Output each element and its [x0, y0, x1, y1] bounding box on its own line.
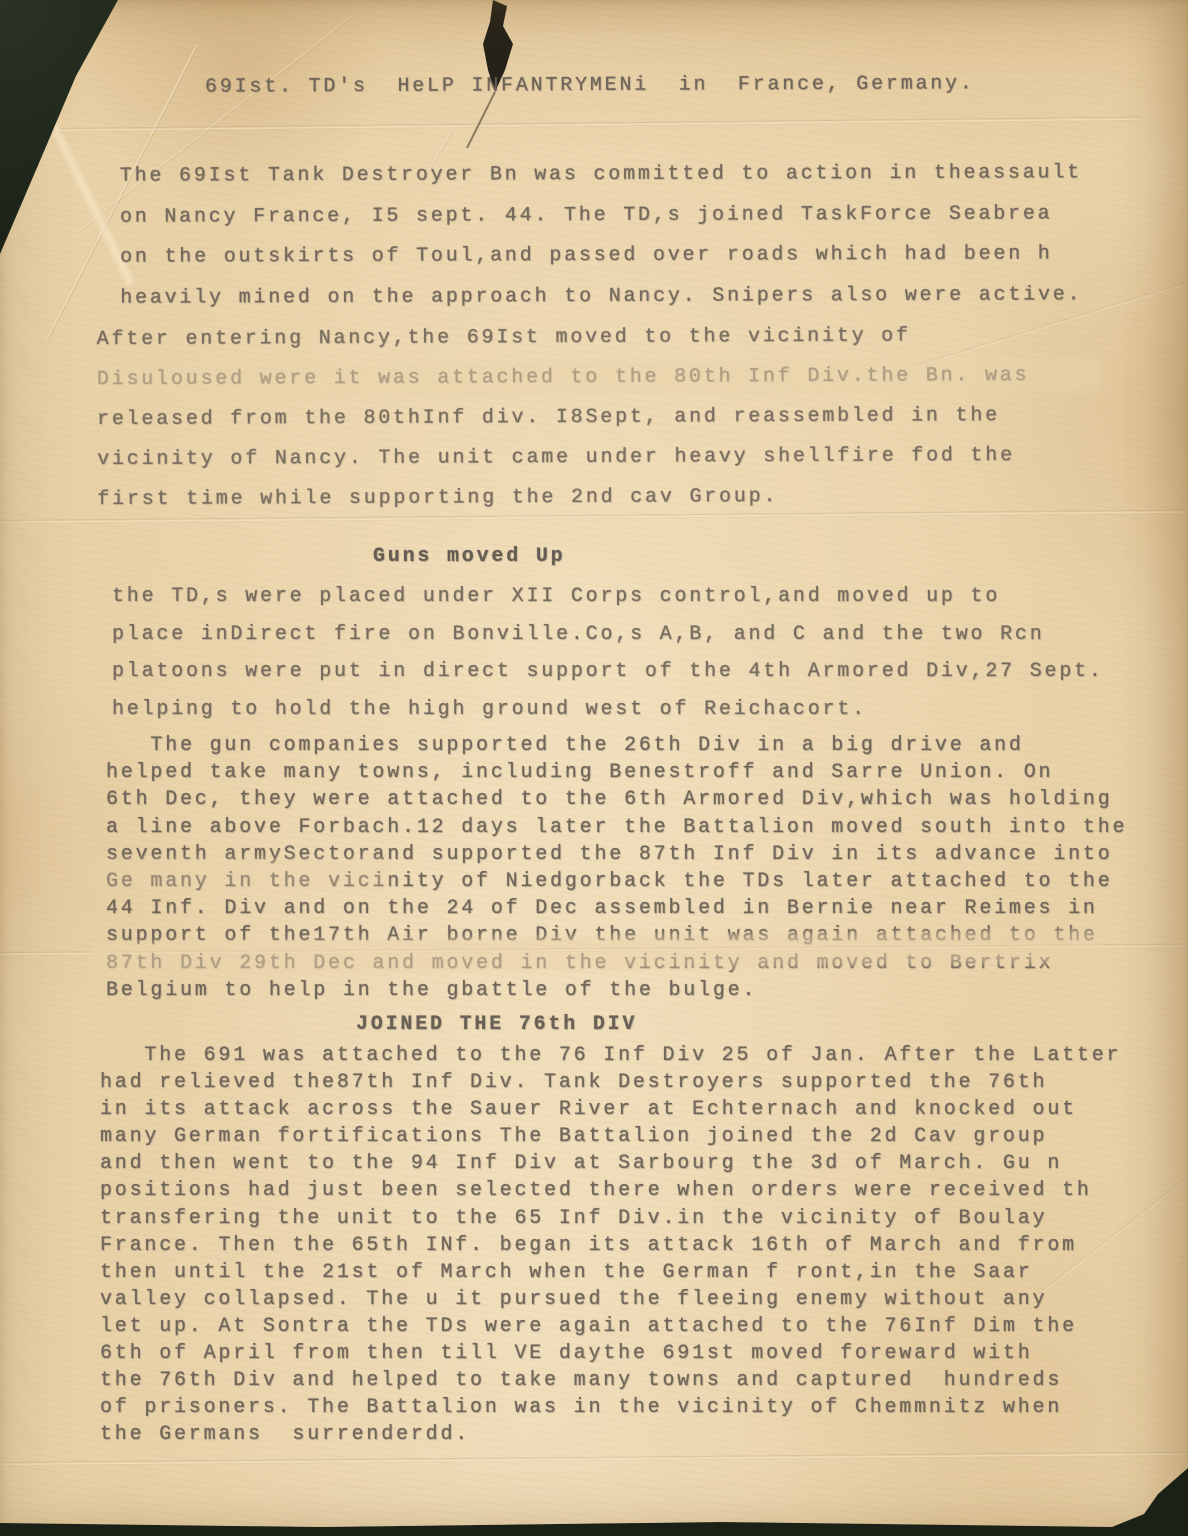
paragraph-committed-to-action: The 69Ist Tank Destroyer Bn was committe…: [120, 153, 1083, 318]
scan-background: 69Ist. TD's HeLP INFANTRYMENi in France,…: [0, 0, 1188, 1536]
paragraph-gun-companies: The gun companies supported the 26th Div…: [106, 732, 1127, 1004]
crease-line: [0, 1452, 1188, 1466]
document-page: 69Ist. TD's HeLP INFANTRYMENi in France,…: [0, 0, 1188, 1536]
paragraph-entering-nancy: After entering Nancy,the 69Ist moved to …: [97, 316, 1030, 520]
section-heading-guns-moved-up: Guns moved Up: [373, 540, 565, 574]
document-title: 69Ist. TD's HeLP INFANTRYMENi in France,…: [205, 64, 975, 107]
section-heading-joined-76th-div: JOINED THE 76th DIV: [356, 1010, 637, 1040]
paragraph-attached-76-inf-div: The 691 was attached to the 76 Inf Div 2…: [100, 1042, 1121, 1448]
paragraph-xii-corps: the TD,s were placed under XII Corps con…: [112, 578, 1104, 728]
